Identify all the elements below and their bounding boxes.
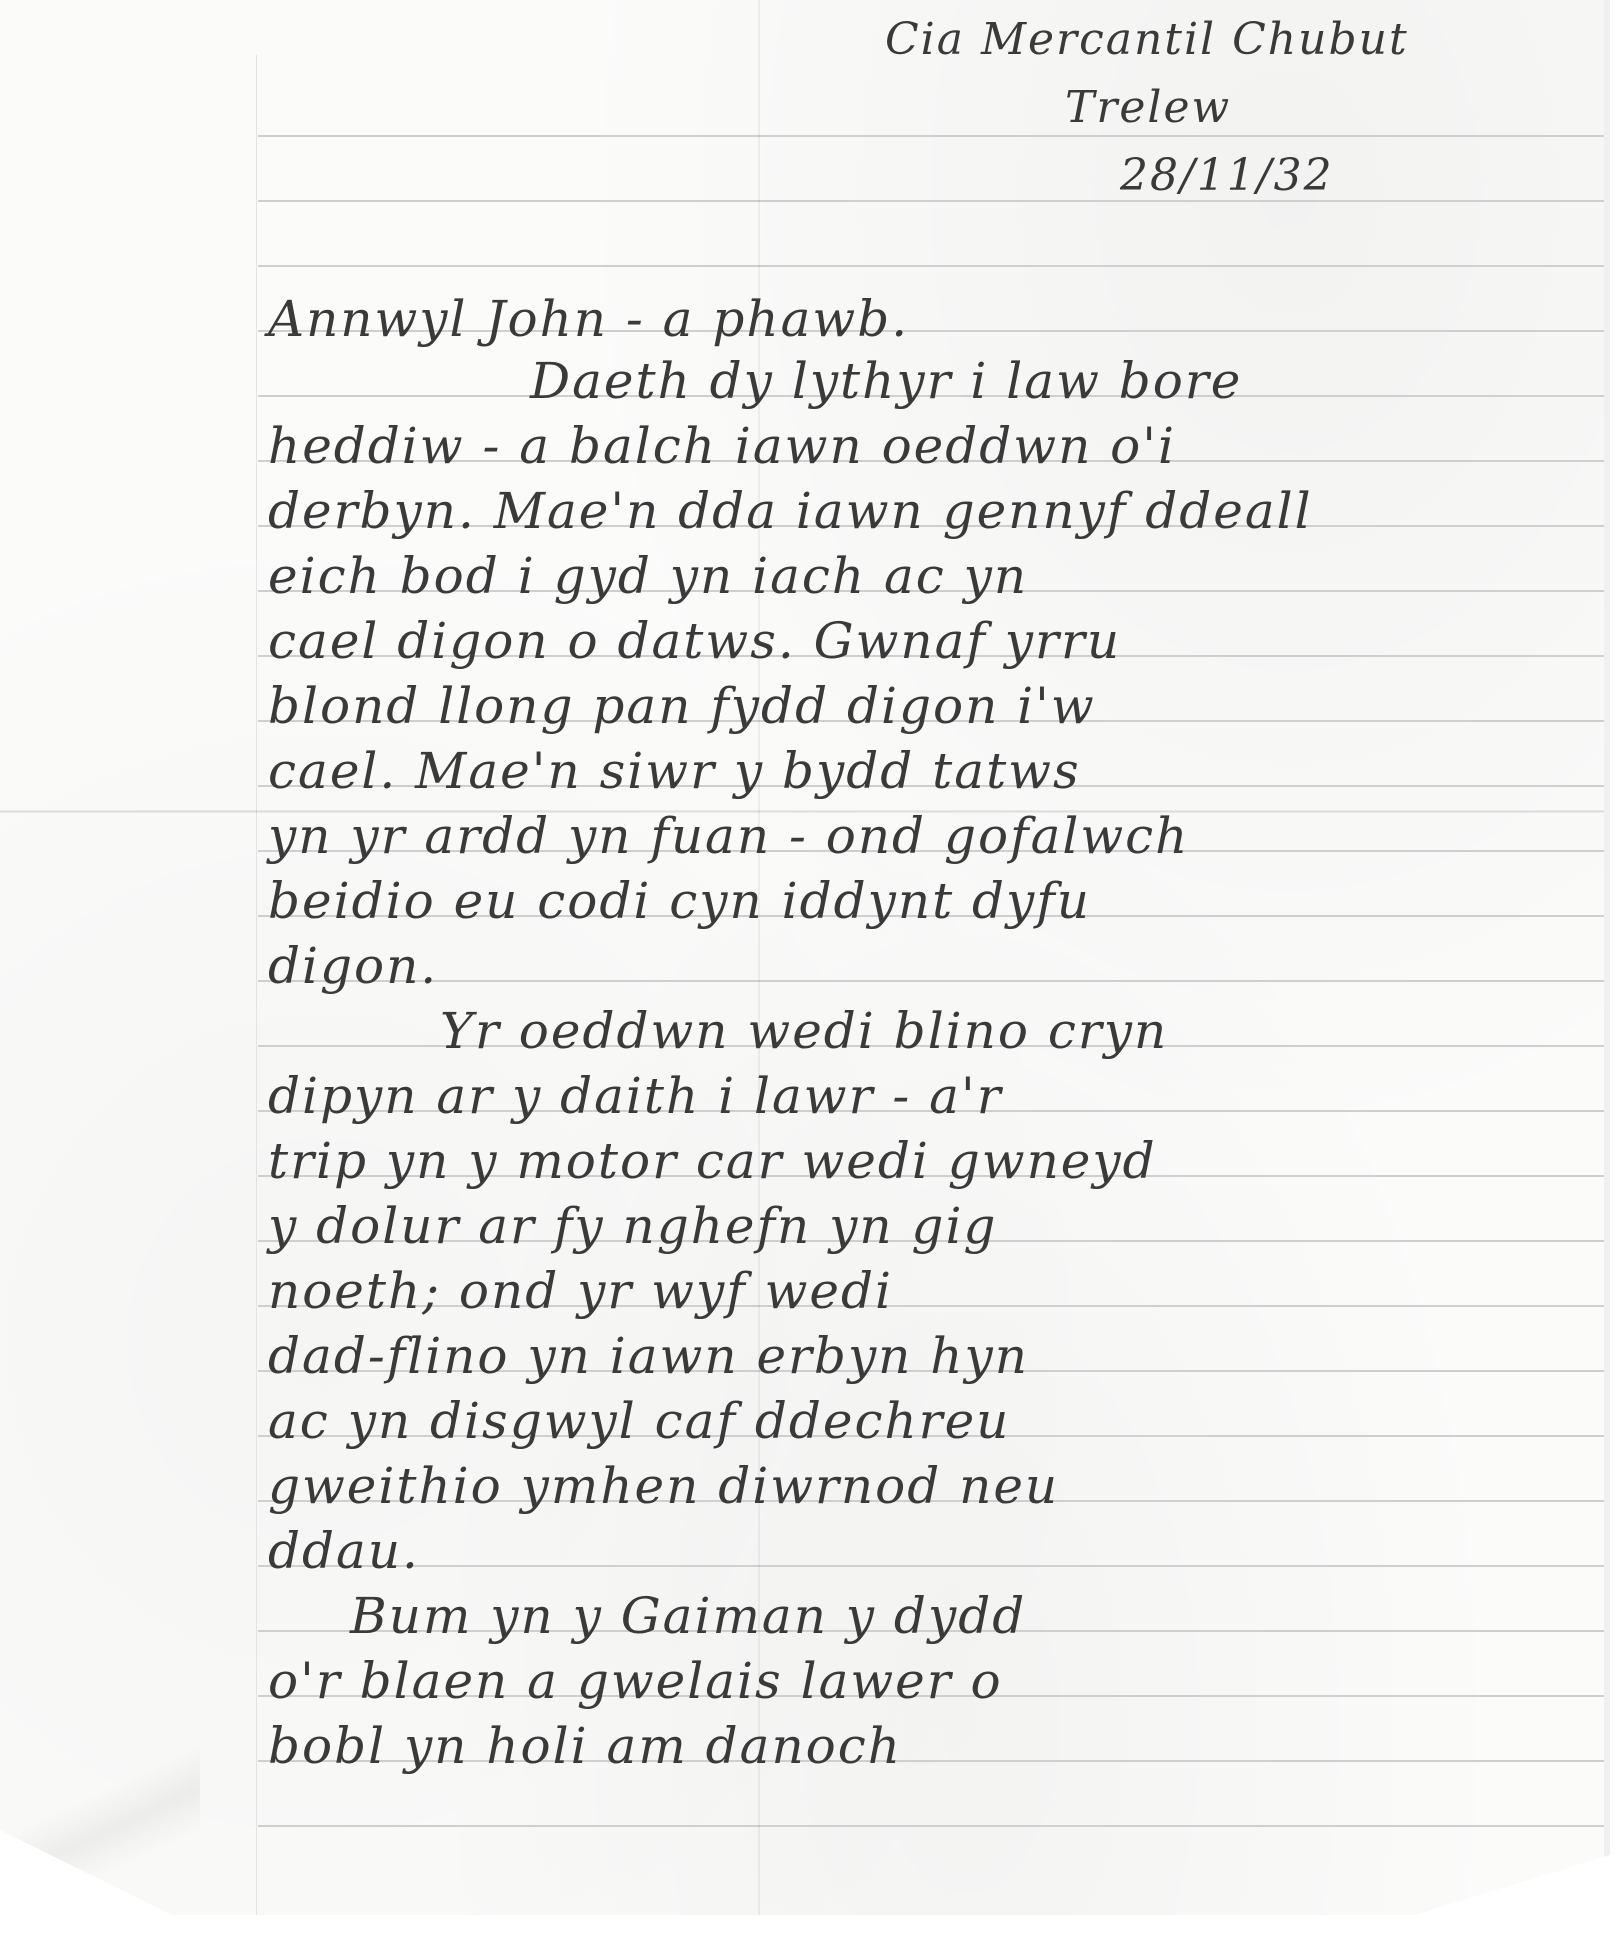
body-line: eich bod i gyd yn iach ac yn [268,547,1028,605]
body-line: trip yn y motor car wedi gwneyd [268,1132,1157,1190]
body-line: Bum yn y Gaiman y dydd [350,1587,1026,1645]
corner-fold [0,1720,200,1920]
address-line-1: Cia Mercantil Chubut [885,14,1409,65]
salutation: Annwyl John - a phawb. [268,290,909,348]
body-line: cael digon o datws. Gwnaf yrru [268,612,1121,670]
body-line: cael. Mae'n siwr y bydd tatws [268,742,1081,800]
body-line: gweithio ymhen diwrnod neu [268,1457,1059,1515]
margin-line [256,55,257,1915]
body-line: Yr oeddwn wedi blino cryn [440,1002,1168,1060]
body-line: Daeth dy lythyr i law bore [530,352,1242,410]
body-line: digon. [268,937,438,995]
body-line: o'r blaen a gwelais lawer o [268,1652,1003,1710]
body-line: heddiw - a balch iawn oeddwn o'i [268,417,1176,475]
body-line: dad-flino yn iawn erbyn hyn [268,1327,1029,1385]
body-line: derbyn. Mae'n dda iawn gennyf ddeall [268,482,1313,540]
letter-date: 28/11/32 [1120,150,1334,201]
body-line: noeth; ond yr wyf wedi [268,1262,893,1320]
body-line: dipyn ar y daith i lawr - a'r [268,1067,1003,1125]
body-line: beidio eu codi cyn iddynt dyfu [268,872,1091,930]
body-line: y dolur ar fy nghefn yn gig [268,1197,997,1255]
paper-edge [1604,0,1610,1860]
body-line: blond llong pan fydd digon i'w [268,677,1096,735]
letter-sheet: Cia Mercantil Chubut Trelew 28/11/32 Ann… [0,0,1610,1915]
address-line-2: Trelew [1065,82,1231,133]
body-line: bobl yn holi am danoch [268,1717,902,1775]
body-line: ddau. [268,1522,420,1580]
body-line: ac yn disgwyl caf ddechreu [268,1392,1010,1450]
body-line: yn yr ardd yn fuan - ond gofalwch [268,807,1189,865]
